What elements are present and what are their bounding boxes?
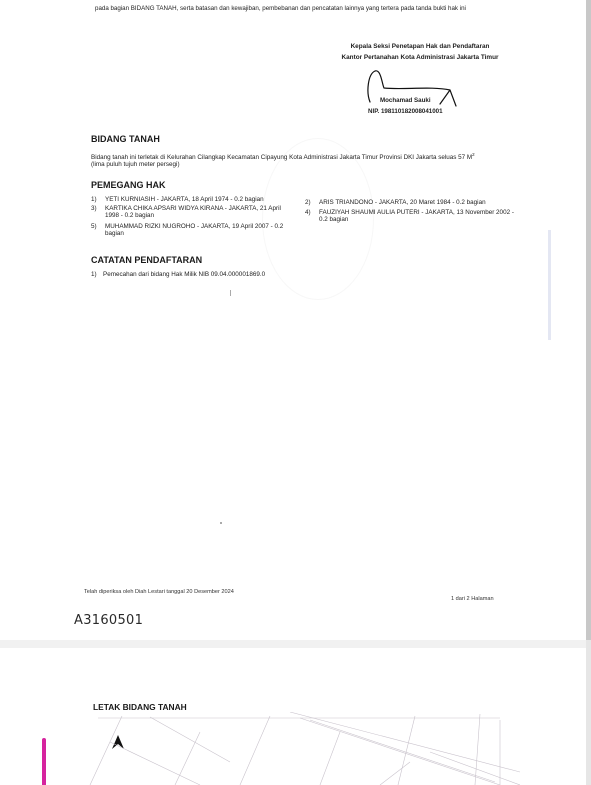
signatory-name: Mochamad Sauki	[380, 97, 431, 104]
holder-item: 3) KARTIKA CHIKA APSARI WIDYA KIRANA - J…	[91, 206, 295, 219]
document-page-1: pada bagian BIDANG TANAH, serta batasan …	[0, 0, 586, 640]
holder-number: 1)	[91, 197, 105, 204]
bidang-area-words: (lima puluh tujuh meter persegi)	[91, 161, 180, 168]
parcel-map	[80, 712, 520, 785]
holder-number: 4)	[305, 210, 319, 223]
page-indicator: 1 dari 2 Halaman	[451, 596, 494, 602]
signatory-nip: NIP. 198110182008041001	[368, 108, 443, 115]
scrollbar-track[interactable]	[586, 0, 591, 785]
highlight-mark	[42, 738, 46, 785]
catatan-number: 1)	[91, 271, 103, 278]
holder-text: YETI KURNIASIH - JAKARTA, 18 April 1974 …	[105, 197, 295, 204]
holder-number: 5)	[91, 224, 105, 237]
area-superscript: 2	[472, 152, 475, 157]
holder-text: ARIS TRIANDONO - JAKARTA, 20 Maret 1984 …	[319, 200, 519, 207]
scan-edge-mark	[548, 230, 551, 340]
holder-text: KARTIKA CHIKA APSARI WIDYA KIRANA - JAKA…	[105, 206, 295, 219]
checked-by-note: Telah diperiksa oleh Diah Lestari tangga…	[84, 589, 234, 595]
catatan-item: 1) Pemecahan dari bidang Hak Milik NIB 0…	[91, 271, 265, 278]
bidang-tanah-description: Bidang tanah ini terletak di Kelurahan C…	[91, 151, 516, 168]
holder-text: MUHAMMAD RIZKI NUGROHO - JAKARTA, 19 Apr…	[105, 224, 295, 237]
holder-number: 3)	[91, 206, 105, 219]
signatory-title-line2: Kantor Pertanahan Kota Administrasi Jaka…	[320, 54, 520, 61]
bidang-description-text: Bidang tanah ini terletak di Kelurahan C…	[91, 154, 472, 161]
document-code: A3160501	[74, 613, 143, 628]
holder-item: 2) ARIS TRIANDONO - JAKARTA, 20 Maret 19…	[305, 200, 519, 207]
intro-text: pada bagian BIDANG TANAH, serta batasan …	[95, 5, 466, 12]
section-heading-letak-bidang-tanah: LETAK BIDANG TANAH	[93, 702, 187, 712]
holder-item: 5) MUHAMMAD RIZKI NUGROHO - JAKARTA, 19 …	[91, 224, 295, 237]
holder-number: 2)	[305, 200, 319, 207]
page-separator	[0, 640, 586, 648]
scan-speck	[230, 290, 231, 296]
catatan-text: Pemecahan dari bidang Hak Milik NIB 09.0…	[103, 271, 265, 278]
holder-text: FAUZIYAH SHAUMI AULIA PUTERI - JAKARTA, …	[319, 210, 519, 223]
section-heading-pemegang-hak: PEMEGANG HAK	[91, 180, 166, 190]
scan-speck	[220, 522, 222, 524]
signatory-title-line1: Kepala Seksi Penetapan Hak dan Pendaftar…	[320, 43, 520, 50]
holder-item: 1) YETI KURNIASIH - JAKARTA, 18 April 19…	[91, 197, 295, 204]
section-heading-catatan-pendaftaran: CATATAN PENDAFTARAN	[91, 255, 202, 265]
scrollbar-thumb[interactable]	[586, 0, 591, 640]
holder-item: 4) FAUZIYAH SHAUMI AULIA PUTERI - JAKART…	[305, 210, 519, 223]
section-heading-bidang-tanah: BIDANG TANAH	[91, 134, 160, 144]
